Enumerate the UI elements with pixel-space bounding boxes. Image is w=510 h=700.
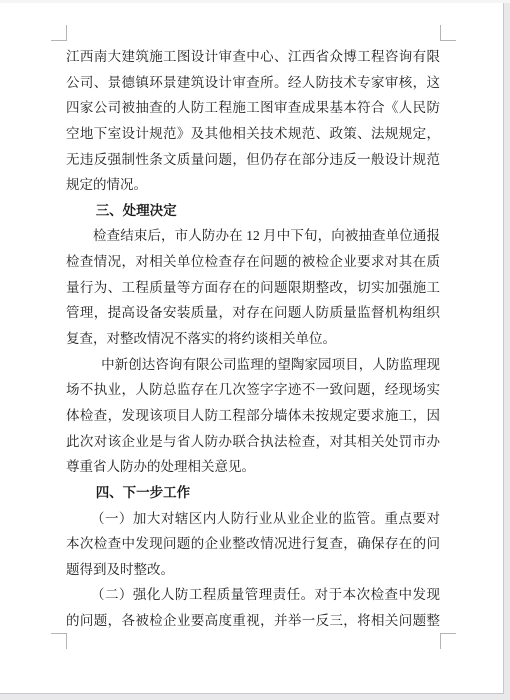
text-boundary-mark-bottom-right — [440, 633, 456, 649]
text-line: 无违反强制性条文质量问题，但仍存在部分违反一般设计规范 — [66, 147, 440, 173]
text-line: 四家公司被抽查的人防工程施工图审查成果基本符合《人民防 — [66, 95, 440, 121]
text-line: 体检查，发现该项目人防工程部分墙体未按规定要求施工，因 — [66, 403, 440, 429]
text-line: 量行为、工程质量等方面存在的问题限期整改，切实加强施工 — [66, 275, 440, 301]
text-line: 空地下室设计规范》及其他相关技术规范、政策、法规规定， — [66, 121, 440, 147]
text-boundary-mark-bottom-left — [51, 633, 67, 649]
text-line: 公司、景德镇环景建筑设计审查所。经人防技术专家审核，这 — [66, 70, 440, 96]
text-line: 场不执业，人防总监存在几次签字字迹不一致问题，经现场实 — [66, 377, 440, 403]
text-line: 题得到及时整改。 — [66, 557, 440, 583]
text-line: 检查结束后，市人防办在 12 月中下旬，向被抽查单位通报 — [66, 223, 440, 249]
text-line: 中新创达咨询有限公司监理的望陶家园项目，人防监理现 — [66, 352, 440, 378]
text-line: 本次检查中发现问题的企业整改情况进行复查，确保存在的问 — [66, 531, 440, 557]
text-area[interactable]: 江西南大建筑施工图设计审查中心、江西省众博工程咨询有限公司、景德镇环景建筑设计审… — [66, 37, 440, 643]
text-boundary-mark-top-right — [440, 25, 456, 41]
text-line: （一）加大对辖区内人防行业从业企业的监管。重点要对 — [66, 506, 440, 532]
text-line: 的问题，各被检企业要高度重视，并举一反三，将相关问题整 — [66, 608, 440, 634]
text-line: 江西南大建筑施工图设计审查中心、江西省众博工程咨询有限 — [66, 44, 440, 70]
text-line: 四、下一步工作 — [66, 480, 440, 506]
text-line: 检查情况，对相关单位检查存在问题的被检企业要求对其在质 — [66, 249, 440, 275]
text-line: 复查，对整改情况不落实的将约谈相关单位。 — [66, 326, 440, 352]
text-line: 三、处理决定 — [66, 198, 440, 224]
text-boundary-mark-top-left — [51, 25, 67, 41]
app-background: { "page": { "background_color": "#e9e9ec… — [0, 0, 510, 700]
text-line: 管理，提高设备安装质量，对存在问题人防质量监督机构组织 — [66, 300, 440, 326]
text-line: （二）强化人防工程质量管理责任。对于本次检查中发现 — [66, 582, 440, 608]
text-line: 此次对该企业是与省人防办联合执法检查，对其相关处罚市办 — [66, 429, 440, 455]
text-line: 尊重省人防办的处理相关意见。 — [66, 454, 440, 480]
text-line: 规定的情况。 — [66, 172, 440, 198]
document-page: 江西南大建筑施工图设计审查中心、江西省众博工程咨询有限公司、景德镇环景建筑设计审… — [0, 3, 504, 694]
